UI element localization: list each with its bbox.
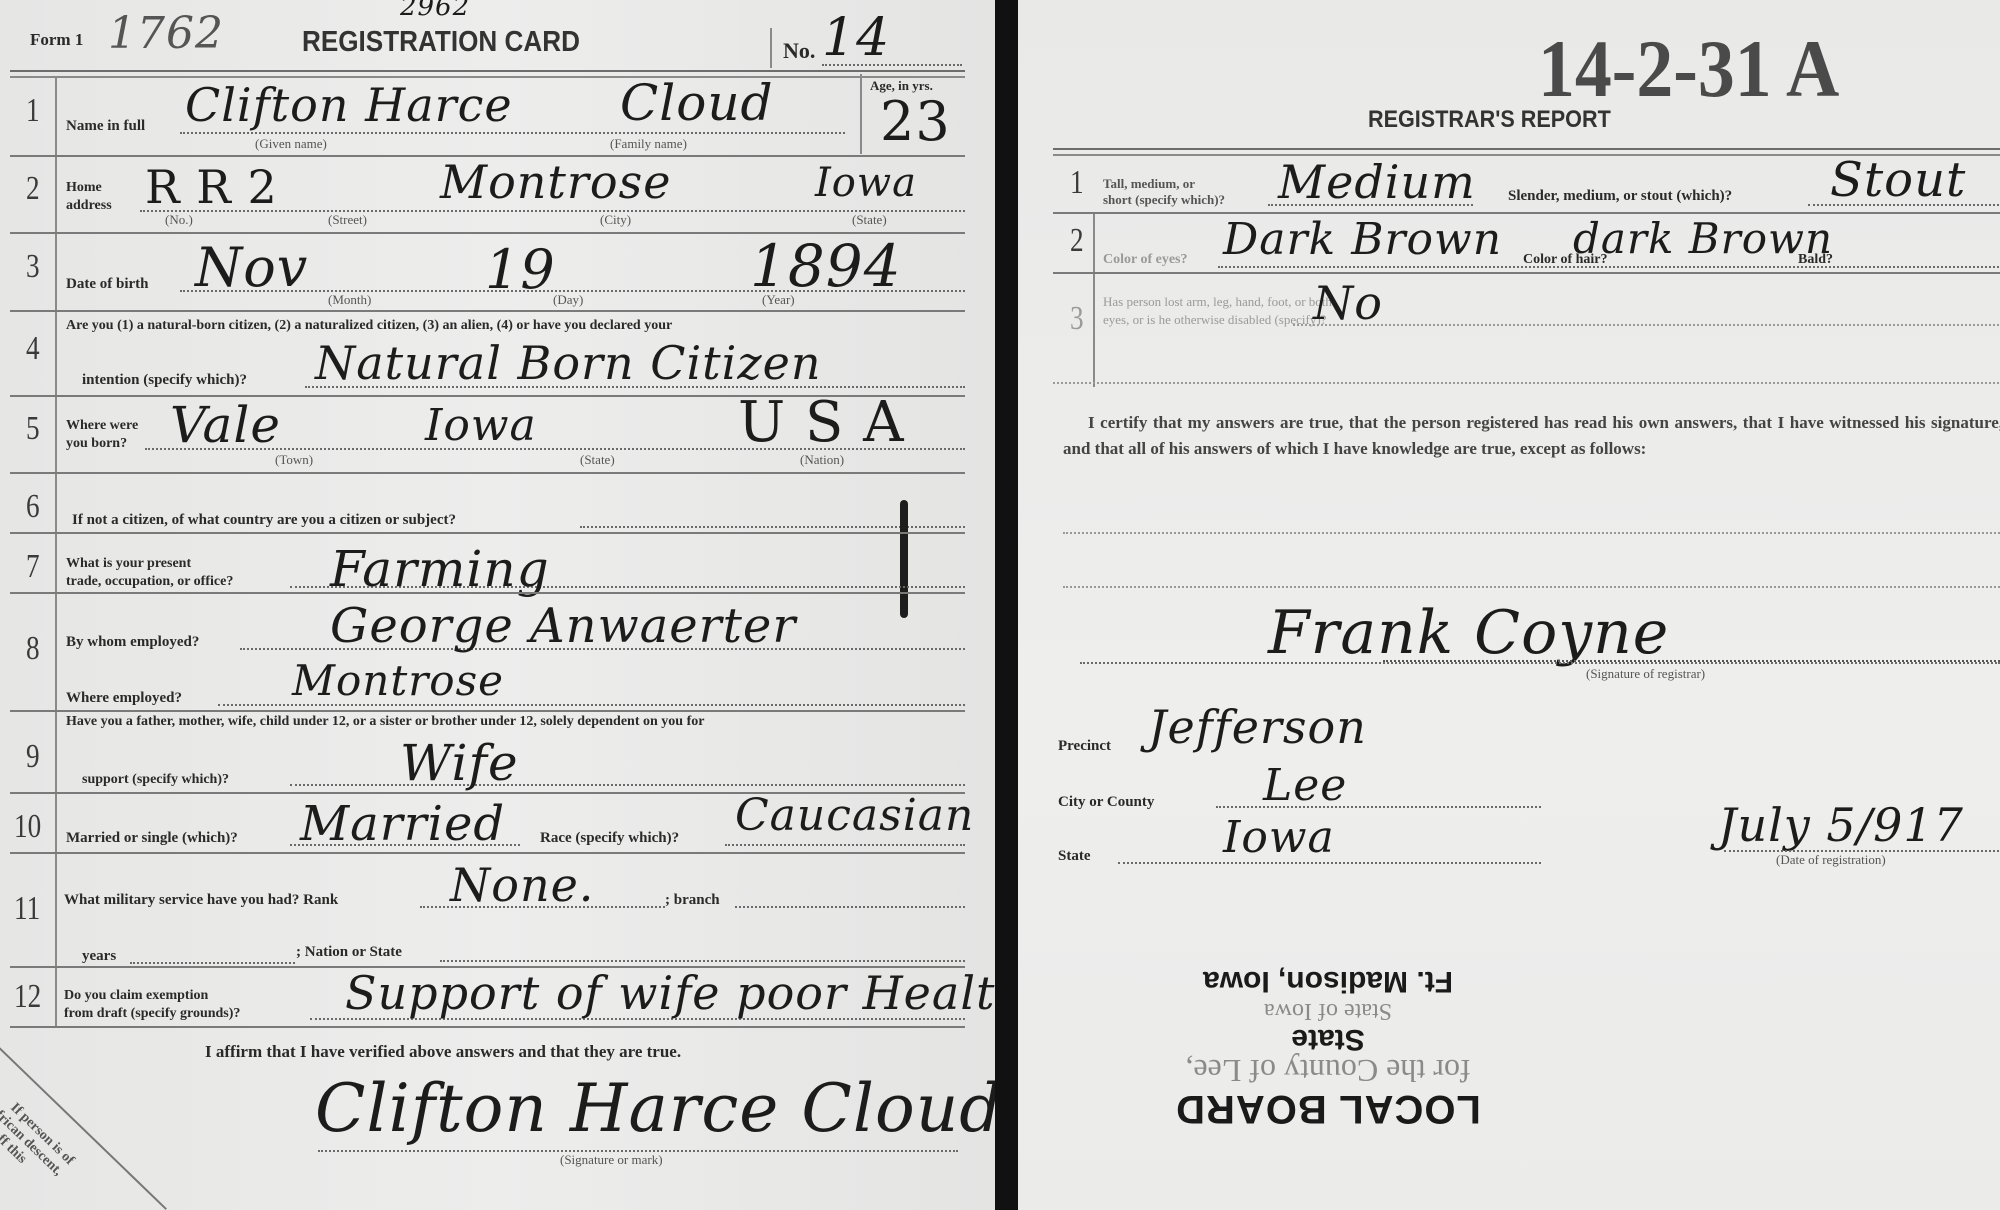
row-number: 2	[26, 170, 40, 208]
row-number: 4	[26, 330, 40, 368]
stamp-line-city: Ft. Madison, Iowa	[1148, 964, 1508, 998]
dob-label: Date of birth	[66, 276, 149, 293]
exemption-label-2: from draft (specify grounds)?	[64, 1006, 240, 1022]
employment-place-label: Where employed?	[66, 690, 182, 707]
row-number: 9	[26, 738, 40, 776]
caption-month: (Month)	[328, 292, 371, 308]
race-label: Race (specify which)?	[540, 830, 679, 847]
nation-state-label: ; Nation or State	[296, 944, 402, 961]
given-name-value: Clifton Harce	[185, 78, 513, 132]
race-value: Caucasian	[735, 790, 974, 841]
employer-value: George Anwaerter	[330, 598, 796, 654]
dependents-question-2: support (specify which)?	[82, 772, 229, 788]
local-board-stamp: LOCAL BOARD for the County of Lee, State…	[1148, 920, 1508, 1130]
marital-status-value: Married	[300, 796, 505, 852]
build-label: Slender, medium, or stout (which)?	[1508, 188, 1732, 205]
precinct-value: Jefferson	[1148, 700, 1367, 754]
exemption-value: Support of wife poor Health	[345, 966, 1026, 1020]
address-city-value: Montrose	[440, 155, 671, 209]
dependents-value: Wife	[400, 734, 519, 792]
caption-city: (City)	[600, 212, 631, 228]
registrars-report-card: 14-2-31 A REGISTRAR'S REPORT 1 Tall, med…	[1018, 0, 2000, 1210]
card-title: REGISTRATION CARD	[302, 26, 580, 59]
height-value: Medium	[1278, 155, 1476, 209]
address-label-2: address	[66, 198, 112, 214]
precinct-label: Precinct	[1058, 738, 1111, 755]
serial-number: 1762	[108, 8, 224, 59]
caption-year: (Year)	[762, 292, 795, 308]
row-number: 6	[26, 488, 40, 526]
card-divider	[995, 0, 1018, 1210]
registration-card: Form 1 1762 2962 REGISTRATION CARD No. 1…	[0, 0, 995, 1210]
birthplace-label-2: you born?	[66, 436, 127, 452]
form-label: Form 1	[30, 30, 83, 50]
disability-label-1: Has person lost arm, leg, hand, foot, or…	[1103, 294, 1332, 310]
dob-day-value: 19	[485, 238, 556, 301]
citizenship-question-2: intention (specify which)?	[82, 372, 247, 389]
military-rank-value: None.	[450, 858, 594, 912]
affirmation-text: I affirm that I have verified above answ…	[205, 1042, 681, 1062]
row-number: 2	[1070, 222, 1084, 260]
card-number: 14	[822, 8, 890, 68]
ink-mark	[900, 500, 908, 618]
branch-label: ; branch	[665, 892, 720, 909]
disability-value: No	[1313, 276, 1383, 330]
hair-color-value: dark Brown	[1573, 214, 1833, 263]
military-service-label: What military service have you had? Rank	[64, 892, 338, 909]
dob-year-value: 1894	[750, 232, 902, 300]
citizenship-value: Natural Born Citizen	[315, 336, 821, 390]
caption-state: (State)	[852, 212, 887, 228]
name-label: Name in full	[66, 118, 145, 135]
stamp-line-state: State of Iowa	[1148, 998, 1508, 1024]
occupation-label-2: trade, occupation, or office?	[66, 574, 233, 590]
tear-off-note: If person is of African descent, tear of…	[0, 1085, 77, 1203]
certification-text: I certify that my answers are true, that…	[1063, 410, 2000, 462]
registrant-signature: Clifton Harce Cloud	[315, 1070, 1002, 1147]
dependents-question: Have you a father, mother, wife, child u…	[66, 714, 704, 730]
birth-nation-value: U S A	[738, 390, 905, 455]
row-number: 12	[14, 978, 41, 1016]
bald-label: Bald?	[1798, 252, 1833, 268]
stamp-line-board: LOCAL BOARD	[1148, 1088, 1508, 1130]
row-number: 7	[26, 548, 40, 586]
signature-caption: (Signature or mark)	[560, 1152, 663, 1168]
serial-overwrite: 2962	[400, 0, 470, 22]
city-county-label: City or County	[1058, 794, 1154, 811]
caption-town: (Town)	[275, 452, 313, 468]
age-value: 23	[880, 90, 951, 153]
registrar-signature: Frank Coyne	[1268, 598, 1669, 668]
state-label: State	[1058, 848, 1091, 865]
years-label: years	[82, 948, 116, 965]
build-value: Stout	[1830, 152, 1966, 208]
occupation-value: Farming	[330, 540, 550, 598]
family-name-caption: (Family name)	[610, 136, 687, 152]
row-number: 10	[14, 808, 41, 846]
row-number: 1	[1070, 164, 1084, 202]
exemption-label-1: Do you claim exemption	[64, 988, 208, 1004]
caption-no: (No.)	[165, 212, 193, 228]
height-label-2: short (specify which)?	[1103, 192, 1225, 208]
registration-date-caption: (Date of registration)	[1776, 852, 1886, 868]
caption-day: (Day)	[553, 292, 583, 308]
marital-status-label: Married or single (which)?	[66, 830, 238, 847]
row-number: 3	[1070, 300, 1084, 338]
citizenship-question: Are you (1) a natural-born citizen, (2) …	[66, 318, 672, 334]
dob-month-value: Nov	[195, 236, 308, 299]
stamp-line-county: for the County of Lee,	[1148, 1054, 1508, 1088]
registration-date-value: July 5/917	[1718, 798, 1964, 852]
row-number: 11	[14, 890, 40, 928]
caption-street: (Street)	[328, 212, 367, 228]
birth-state-value: Iowa	[425, 400, 537, 451]
family-name-value: Cloud	[620, 74, 774, 132]
address-label-1: Home	[66, 180, 102, 196]
row-number: 5	[26, 410, 40, 448]
caption-nation: (Nation)	[800, 452, 844, 468]
employment-place-value: Montrose	[292, 656, 504, 705]
header-divider	[770, 28, 772, 68]
header-rule	[10, 70, 965, 78]
caption-birth-state: (State)	[580, 452, 615, 468]
classification-code: 14-2-31 A	[1538, 22, 1839, 116]
eye-color-label: Color of eyes?	[1103, 252, 1188, 268]
birthplace-label-1: Where were	[66, 418, 138, 434]
registrar-caption: (Signature of registrar)	[1586, 666, 1705, 682]
height-label-1: Tall, medium, or	[1103, 176, 1195, 192]
city-county-value: Lee	[1263, 760, 1347, 811]
address-state-value: Iowa	[815, 160, 917, 206]
foreign-citizenship-label: If not a citizen, of what country are yo…	[72, 512, 456, 529]
number-label: No.	[783, 38, 815, 64]
employer-label: By whom employed?	[66, 634, 199, 651]
report-title: REGISTRAR'S REPORT	[1368, 106, 1611, 134]
state-value: Iowa	[1223, 812, 1335, 863]
row-number: 1	[26, 92, 40, 130]
address-number-value: R R 2	[145, 160, 278, 214]
number-column-rule	[55, 76, 57, 1026]
row-number: 8	[26, 630, 40, 668]
eye-color-value: Dark Brown	[1223, 214, 1502, 265]
occupation-label-1: What is your present	[66, 556, 191, 572]
stamp-line-state-bold: State	[1148, 1024, 1508, 1054]
birth-town-value: Vale	[170, 396, 281, 454]
given-name-caption: (Given name)	[255, 136, 327, 152]
row-number: 3	[26, 248, 40, 286]
